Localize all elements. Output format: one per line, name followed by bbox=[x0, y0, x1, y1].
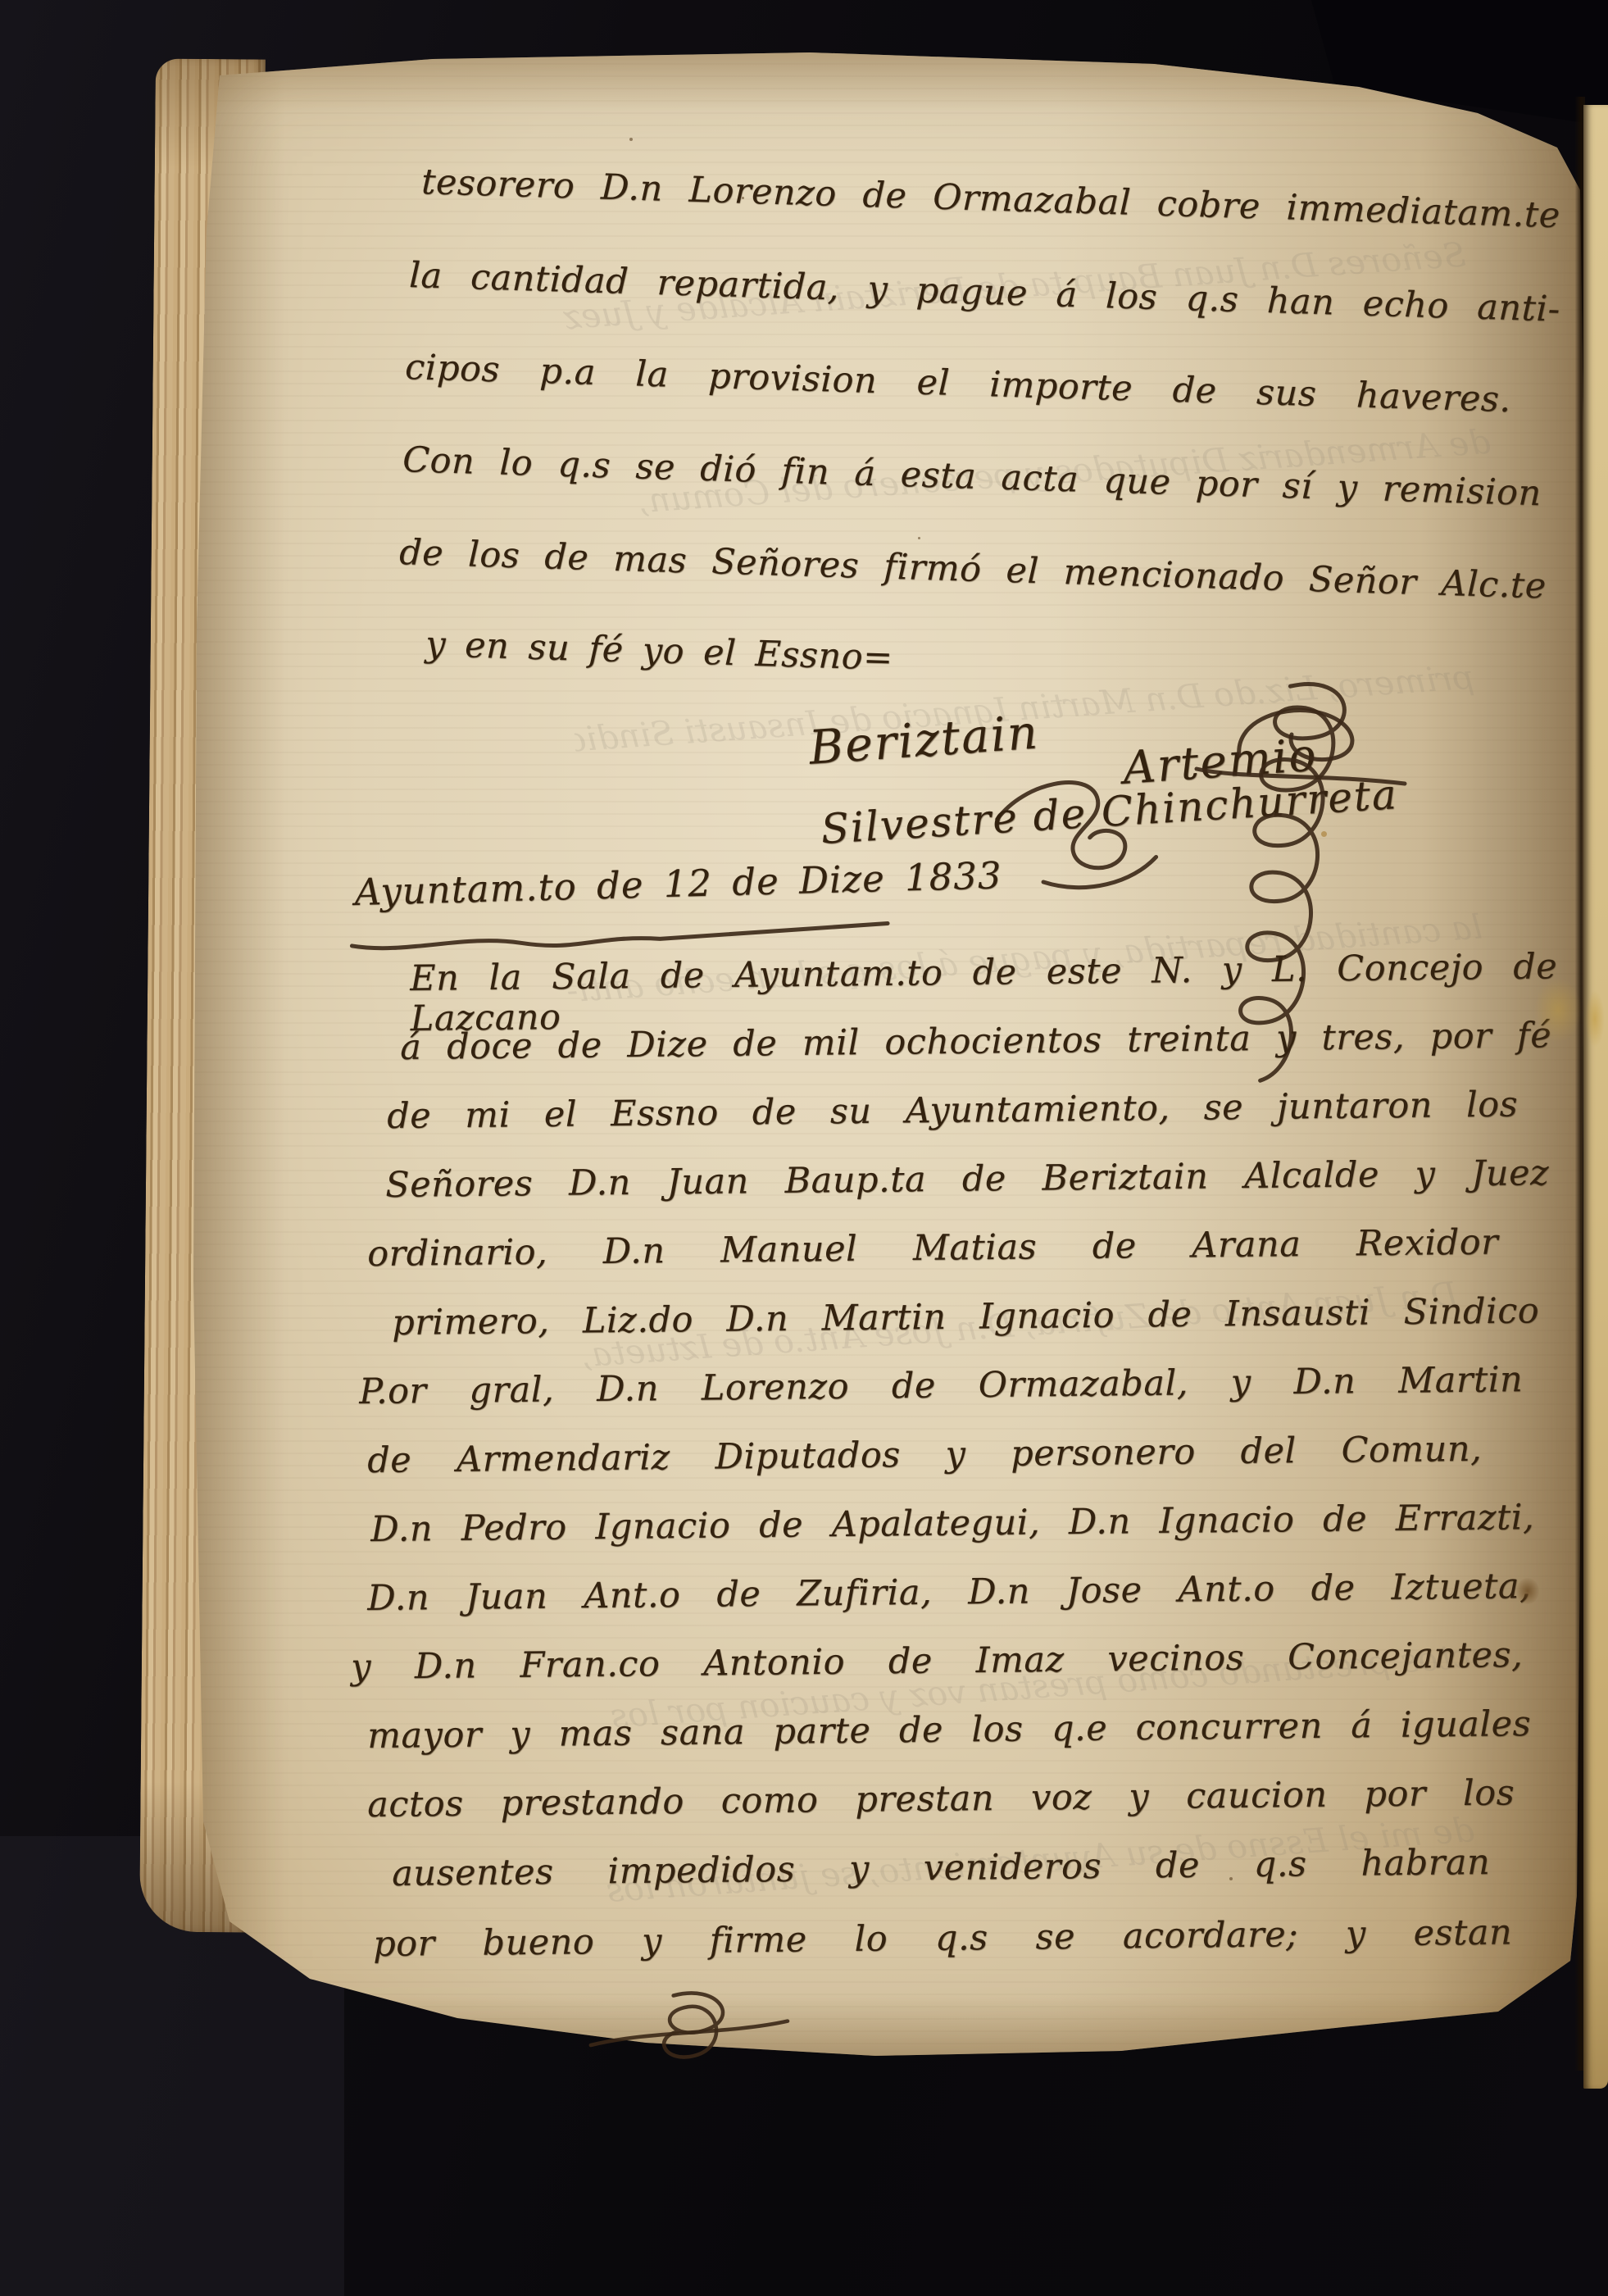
bottom-rubric-flourish bbox=[574, 1982, 803, 2072]
facing-page-stain bbox=[1585, 990, 1605, 1048]
ink-speck bbox=[1229, 1877, 1233, 1880]
fox-spot bbox=[1321, 831, 1327, 837]
ink-speck bbox=[530, 1594, 534, 1598]
scanned-manuscript-photo: Señores D.n Juan Baup.ta de Beriztain Al… bbox=[0, 0, 1608, 2296]
ink-speck bbox=[918, 537, 920, 539]
facing-page-sliver bbox=[1583, 105, 1608, 2089]
ink-speck bbox=[742, 197, 744, 199]
gutter-yellow-stain bbox=[1534, 977, 1582, 1043]
gutter-brown-stain bbox=[1516, 1578, 1539, 1604]
ink-speck bbox=[629, 138, 633, 141]
